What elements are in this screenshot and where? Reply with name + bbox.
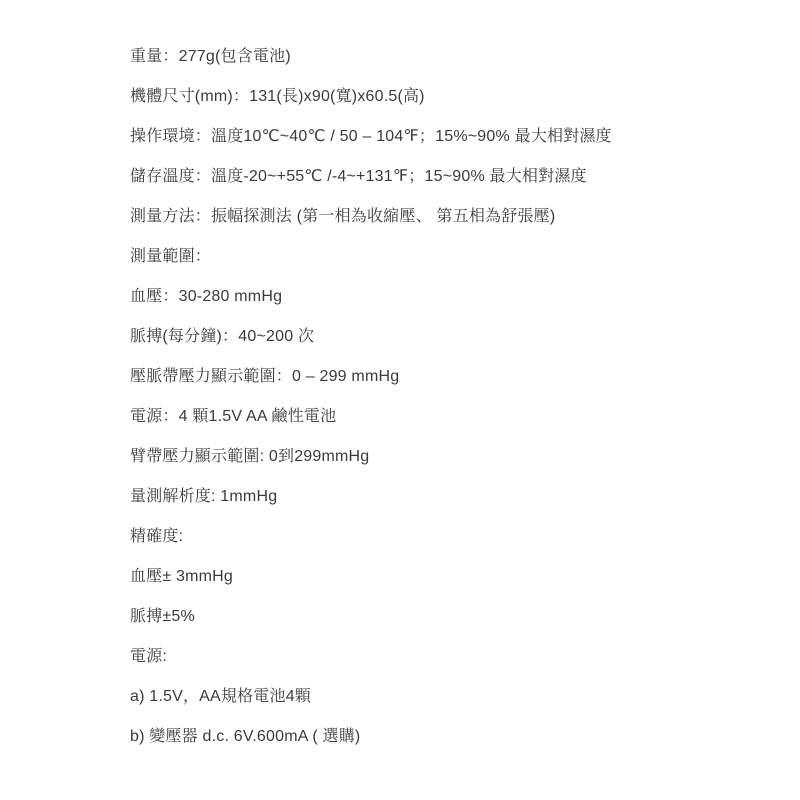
spec-document-page: 重量：277g(包含電池)機體尺寸(mm)：131(長)x90(寬)x60.5(… [0, 0, 800, 800]
spec-line: 血壓± 3mmHg [130, 568, 740, 585]
spec-line: 壓脈帶壓力顯示範圍：0 – 299 mmHg [130, 368, 740, 385]
spec-line: 電源：4 顆1.5V AA 鹼性電池 [130, 408, 740, 425]
spec-line: 操作環境：溫度10℃~40℃ / 50 – 104℉；15%~90% 最大相對濕… [130, 128, 740, 145]
spec-list: 重量：277g(包含電池)機體尺寸(mm)：131(長)x90(寬)x60.5(… [130, 48, 740, 768]
spec-line: 測量方法：振幅探測法 (第一相為收縮壓、 第五相為舒張壓) [130, 208, 740, 225]
spec-line: a) 1.5V，AA規格電池4顆 [130, 688, 740, 705]
spec-line: 脈搏(每分鐘)：40~200 次 [130, 328, 740, 345]
spec-line: 機體尺寸(mm)：131(長)x90(寬)x60.5(高) [130, 88, 740, 105]
spec-line: 精確度: [130, 528, 740, 545]
spec-line: 量測解析度: 1mmHg [130, 488, 740, 505]
spec-line: 重量：277g(包含電池) [130, 48, 740, 65]
spec-line: 臂帶壓力顯示範圍: 0到299mmHg [130, 448, 740, 465]
spec-line: 儲存溫度：溫度-20~+55℃ /-4~+131℉；15~90% 最大相對濕度 [130, 168, 740, 185]
spec-line: 電源: [130, 648, 740, 665]
spec-line: b) 變壓器 d.c. 6V.600mA ( 選購) [130, 728, 740, 745]
spec-line: 測量範圍： [130, 248, 740, 265]
spec-line: 脈搏±5% [130, 608, 740, 625]
spec-line: 血壓：30-280 mmHg [130, 288, 740, 305]
